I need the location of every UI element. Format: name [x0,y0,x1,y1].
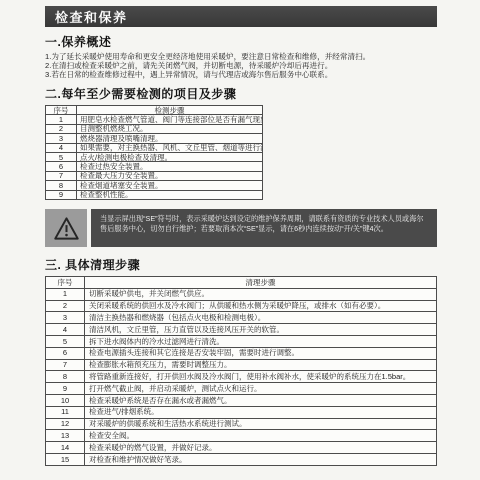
table-row: 14检查采暖炉的燃气设置，并做好记录。 [46,442,437,454]
overview-paragraph: 1.为了延长采暖炉使用寿命和更安全更经济地使用采暖炉，要注意日常检查和维修，并经… [45,52,437,79]
scanned-manual-page: 检查和保养 一.保养概述 1.为了延长采暖炉使用寿命和更安全更经济地使用采暖炉，… [0,6,480,480]
table-row: 2关闭采暖系统的供回水及冷水阀门；从供暖和热水侧为采暖炉降压，或排水（如有必要）… [46,300,437,312]
column-header-check-steps: 检测步骤 [77,106,263,115]
table-header-row: 序号 检测步骤 [46,106,263,115]
table-row: 1切断采暖炉供电，并关闭燃气供应。 [46,288,437,300]
row-step-text: 检查进气/排烟系统。 [85,406,437,418]
table-row: 5拆下进水阀体内的冷水过滤网进行清洗。 [46,336,437,348]
overview-line-3: 3.若在日常的检查维修过程中，遇上异常情况，请与代理店或海尔售后服务中心联系。 [45,70,437,79]
row-step-text: 清洁主换热器和燃烧器（包括点火电极和检测电极）。 [85,312,437,324]
row-seq-number: 6 [46,347,85,359]
table-row: 15对检查和维护情况做好笔录。 [46,454,437,466]
row-seq-number: 5 [46,153,77,162]
row-step-text: 检查最大压力安全装置。 [77,171,263,180]
row-step-text: 燃烧器清理及喷嘴清理。 [77,134,263,143]
row-step-text: 检查整机性能。 [77,190,263,199]
row-step-text: 打开燃气截止阀，并启动采暖炉，测试点火和运行。 [85,383,437,395]
column-header-cleaning-steps: 清理步骤 [85,277,437,289]
row-step-text: 检查烟道堵塞安全装置。 [77,181,263,190]
row-step-text: 将管路重新连接好，打开供回水阀及冷水阀门，使用补水阀补水，使采暖炉的系统压力在1… [85,371,437,383]
table-row: 4清洁风机，文丘里管，压力直管以及连接风压开关的软管。 [46,324,437,336]
table-row: 3燃烧器清理及喷嘴清理。 [46,134,263,143]
overview-line-2: 2.在清扫或检查采暖炉之前，请先关闭燃气阀，并切断电源，待采暖炉冷却后再进行。 [45,61,437,70]
row-seq-number: 14 [46,442,85,454]
page-content: 一.保养概述 1.为了延长采暖炉使用寿命和更安全更经济地使用采暖炉，要注意日常检… [45,33,437,466]
table-row: 8检查烟道堵塞安全装置。 [46,181,263,190]
page-title: 检查和保养 [55,7,128,26]
row-seq-number: 11 [46,406,85,418]
table-row: 3清洁主换热器和燃烧器（包括点火电极和检测电极）。 [46,312,437,324]
row-step-text: 清洁风机，文丘里管，压力直管以及连接风压开关的软管。 [85,324,437,336]
row-seq-number: 8 [46,181,77,190]
cleaning-steps-table: 序号 清理步骤 1切断采暖炉供电，并关闭燃气供应。2关闭采暖系统的供回水及冷水阀… [45,276,437,466]
row-seq-number: 9 [46,190,77,199]
warning-icon-box [45,209,87,247]
row-seq-number: 1 [46,115,77,124]
row-seq-number: 12 [46,418,85,430]
row-step-text: 检查采暖炉系统是否存在漏水或者漏燃气。 [85,395,437,407]
column-header-seq: 序号 [46,277,85,289]
table-row: 8将管路重新连接好，打开供回水阀及冷水阀门，使用补水阀补水，使采暖炉的系统压力在… [46,371,437,383]
row-step-text: 用肥皂水检查燃气管道、阀门等连接部位是否有漏气现象。 [77,115,263,124]
row-seq-number: 6 [46,162,77,171]
row-step-text: 点火/检测电极检查及清理。 [77,153,263,162]
row-step-text: 切断采暖炉供电，并关闭燃气供应。 [85,288,437,300]
table-row: 6检查过热安全装置。 [46,162,263,171]
row-seq-number: 10 [46,395,85,407]
overview-line-1: 1.为了延长采暖炉使用寿命和更安全更经济地使用采暖炉，要注意日常检查和维修，并经… [45,52,437,61]
row-seq-number: 7 [46,359,85,371]
row-step-text: 检查过热安全装置。 [77,162,263,171]
table-row: 7检查膨胀水箱预充压力，需要时调整压力。 [46,359,437,371]
row-step-text: 检查采暖炉的燃气设置，并做好记录。 [85,442,437,454]
row-step-text: 检查电源插头连接和其它连接是否安装牢固，需要时进行调整。 [85,347,437,359]
row-seq-number: 15 [46,454,85,466]
table-row: 11检查进气/排烟系统。 [46,406,437,418]
row-seq-number: 7 [46,171,77,180]
table-row: 6检查电源插头连接和其它连接是否安装牢固，需要时进行调整。 [46,347,437,359]
section-overview-title: 一.保养概述 [45,33,437,50]
warning-triangle-icon [53,216,80,241]
table-row: 9检查整机性能。 [46,190,263,199]
warning-text: 当显示屏出现“SE”符号时，表示采暖炉达到设定的维护保养周期，请联系有资质的专业… [91,209,437,247]
table-row: 10检查采暖炉系统是否存在漏水或者漏燃气。 [46,395,437,407]
table-header-row: 序号 清理步骤 [46,277,437,289]
row-step-text: 如果需要，对主换热器、风机、文丘里管、烟道等进行清理。 [77,143,263,152]
row-step-text: 关闭采暖系统的供回水及冷水阀门；从供暖和热水侧为采暖炉降压，或排水（如有必要）。 [85,300,437,312]
table-row: 7检查最大压力安全装置。 [46,171,263,180]
section-cleaning-title: 三. 具体清理步骤 [45,256,437,273]
row-seq-number: 4 [46,324,85,336]
row-seq-number: 4 [46,143,77,152]
column-header-seq: 序号 [46,106,77,115]
row-seq-number: 3 [46,134,77,143]
annual-check-table: 序号 检测步骤 1用肥皂水检查燃气管道、阀门等连接部位是否有漏气现象。2目测整机… [45,105,263,200]
row-step-text: 目测整机燃烧工况。 [77,124,263,133]
table-row: 13检查安全阀。 [46,430,437,442]
page-title-bar: 检查和保养 [45,6,437,27]
warning-banner: 当显示屏出现“SE”符号时，表示采暖炉达到设定的维护保养周期，请联系有资质的专业… [45,209,437,247]
row-seq-number: 2 [46,300,85,312]
row-seq-number: 3 [46,312,85,324]
row-step-text: 检查安全阀。 [85,430,437,442]
row-seq-number: 5 [46,336,85,348]
row-seq-number: 13 [46,430,85,442]
section-annual-check-title: 二.每年至少需要检测的项目及步骤 [45,85,437,102]
row-step-text: 对采暖炉的供暖系统和生活热水系统进行测试。 [85,418,437,430]
row-seq-number: 8 [46,371,85,383]
table-row: 5点火/检测电极检查及清理。 [46,153,263,162]
table-row: 9打开燃气截止阀，并启动采暖炉，测试点火和运行。 [46,383,437,395]
row-seq-number: 2 [46,124,77,133]
table-row: 4如果需要，对主换热器、风机、文丘里管、烟道等进行清理。 [46,143,263,152]
row-step-text: 拆下进水阀体内的冷水过滤网进行清洗。 [85,336,437,348]
table-row: 1用肥皂水检查燃气管道、阀门等连接部位是否有漏气现象。 [46,115,263,124]
row-step-text: 对检查和维护情况做好笔录。 [85,454,437,466]
row-step-text: 检查膨胀水箱预充压力，需要时调整压力。 [85,359,437,371]
table-row: 2目测整机燃烧工况。 [46,124,263,133]
table-row: 12对采暖炉的供暖系统和生活热水系统进行测试。 [46,418,437,430]
row-seq-number: 1 [46,288,85,300]
row-seq-number: 9 [46,383,85,395]
